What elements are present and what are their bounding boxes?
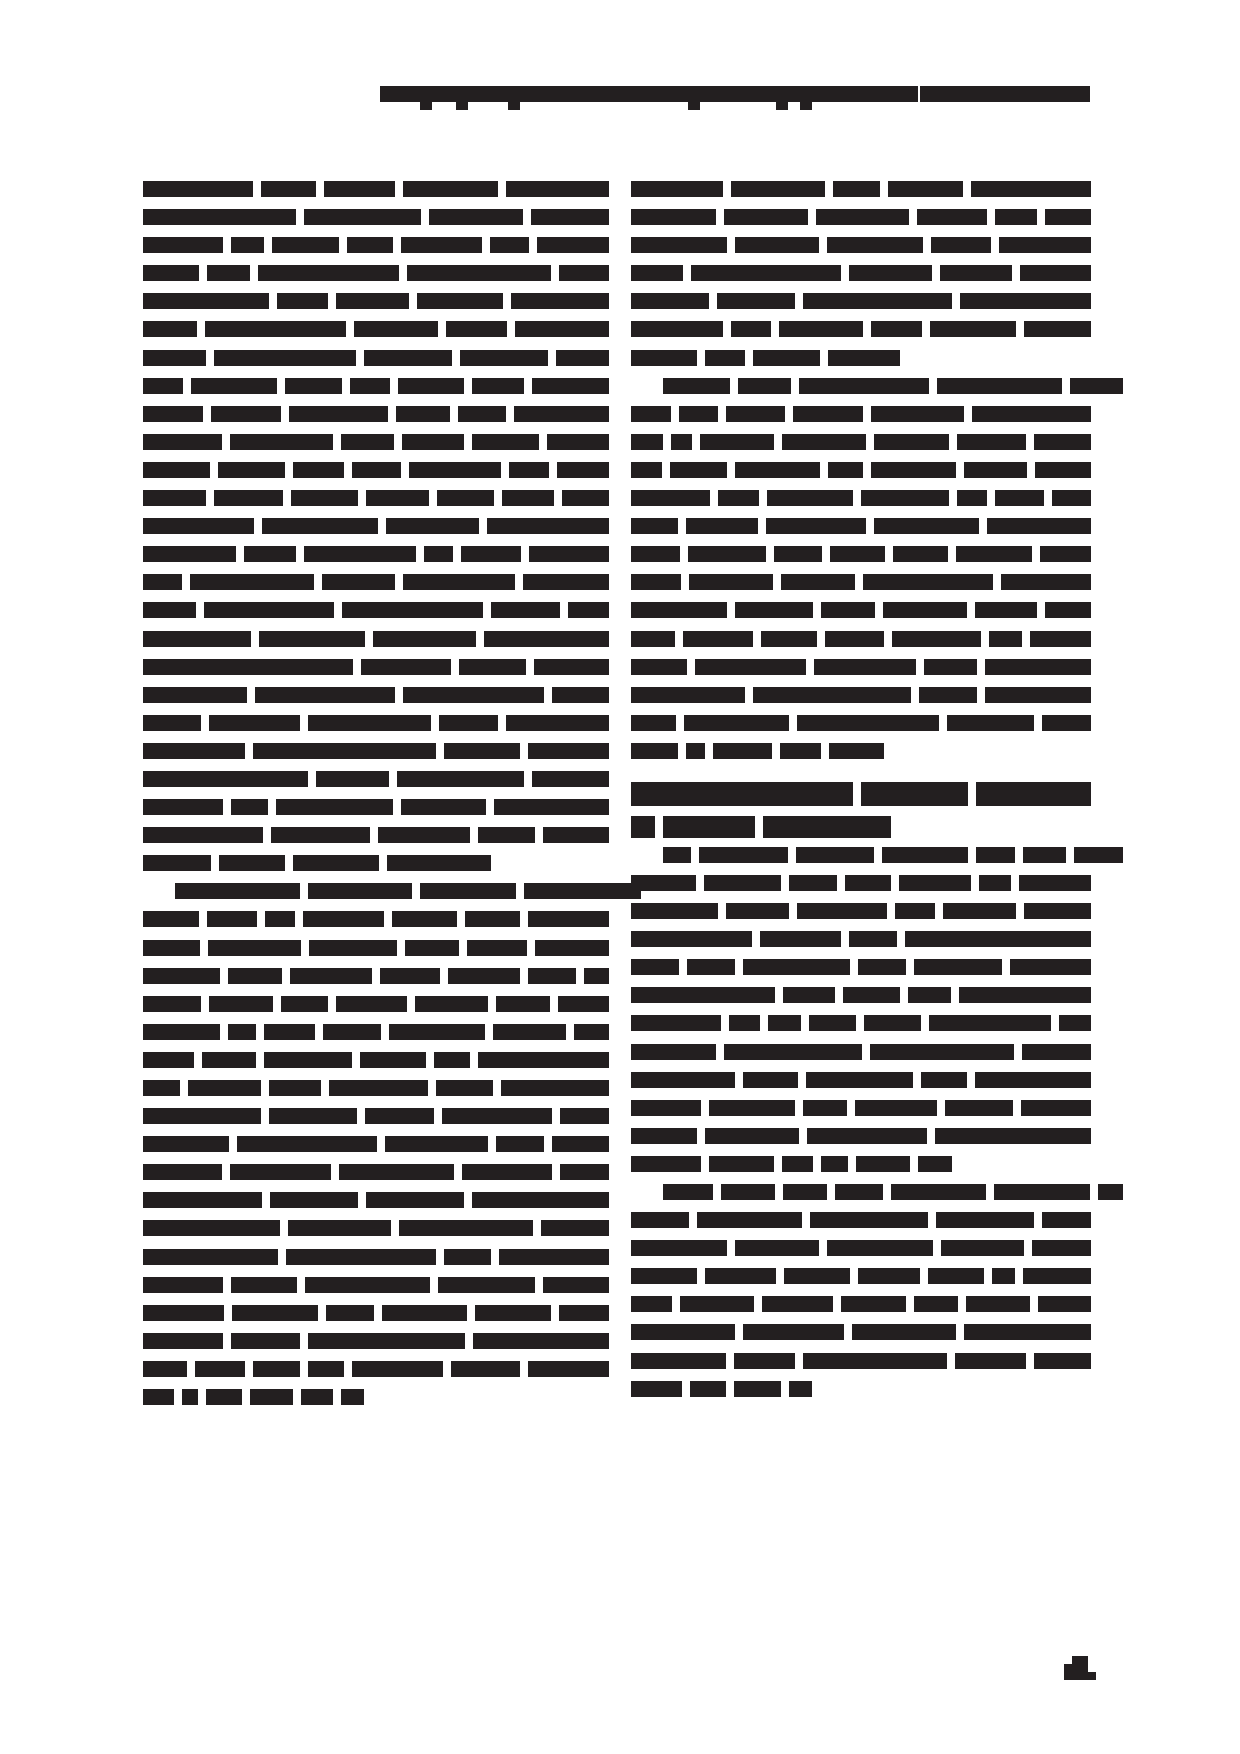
text-line bbox=[143, 1358, 609, 1380]
text-line bbox=[631, 290, 1091, 312]
text-line bbox=[143, 1189, 609, 1211]
text-line bbox=[631, 403, 1091, 425]
text-line bbox=[143, 1217, 609, 1239]
document-page: [obscured running header] [obscured para… bbox=[0, 0, 1240, 1754]
text-line bbox=[631, 712, 1091, 734]
text-line bbox=[143, 599, 609, 621]
text-line bbox=[631, 900, 1091, 922]
text-line bbox=[143, 1330, 609, 1352]
text-line bbox=[143, 1386, 364, 1408]
text-line bbox=[143, 1161, 609, 1183]
text-line bbox=[631, 1350, 1091, 1372]
text-line bbox=[631, 956, 1091, 978]
text-line bbox=[631, 599, 1091, 621]
text-line bbox=[631, 928, 1091, 950]
text-line bbox=[631, 262, 1091, 284]
text-line bbox=[143, 178, 609, 200]
text-line bbox=[143, 628, 609, 650]
running-header: [obscured running header] bbox=[380, 86, 1090, 106]
paragraph: [obscured paragraph text] bbox=[631, 1181, 1091, 1400]
text-line bbox=[631, 1293, 1091, 1315]
text-line bbox=[631, 1012, 1091, 1034]
text-line bbox=[631, 984, 1091, 1006]
text-line bbox=[631, 375, 1123, 397]
text-line bbox=[143, 206, 609, 228]
paragraph: [obscured paragraph text] bbox=[143, 880, 609, 1408]
text-line bbox=[631, 844, 1123, 866]
text-line bbox=[631, 1265, 1091, 1287]
text-line bbox=[631, 1097, 1091, 1119]
text-line bbox=[143, 571, 609, 593]
text-line bbox=[631, 571, 1091, 593]
text-line bbox=[143, 347, 609, 369]
text-line bbox=[631, 487, 1091, 509]
text-line bbox=[631, 740, 884, 762]
text-line bbox=[631, 1153, 952, 1175]
text-line bbox=[143, 993, 609, 1015]
text-line bbox=[143, 459, 609, 481]
text-line bbox=[143, 1133, 609, 1155]
text-line bbox=[143, 318, 609, 340]
text-line bbox=[143, 712, 609, 734]
text-line bbox=[143, 262, 609, 284]
left-column: [obscured paragraph text][obscured parag… bbox=[143, 178, 609, 1414]
text-line bbox=[631, 431, 1091, 453]
text-line bbox=[631, 1181, 1123, 1203]
text-line bbox=[631, 1321, 1091, 1343]
text-line bbox=[631, 459, 1091, 481]
text-line bbox=[143, 487, 609, 509]
text-line bbox=[631, 1209, 1091, 1231]
text-line bbox=[631, 178, 1091, 200]
text-line bbox=[143, 908, 609, 930]
text-line bbox=[631, 1041, 1091, 1063]
text-line bbox=[631, 1125, 1091, 1147]
text-line bbox=[143, 403, 609, 425]
text-line bbox=[631, 1378, 812, 1400]
text-line bbox=[631, 1069, 1091, 1091]
text-line bbox=[143, 937, 609, 959]
text-line bbox=[631, 656, 1091, 678]
text-line bbox=[631, 318, 1091, 340]
paragraph: [obscured paragraph text] bbox=[631, 844, 1091, 1175]
text-line bbox=[143, 375, 609, 397]
text-line bbox=[631, 872, 1091, 894]
text-line bbox=[143, 1077, 609, 1099]
section-heading: [obscured section heading] bbox=[631, 782, 1091, 804]
text-line bbox=[143, 290, 609, 312]
text-line bbox=[631, 234, 1091, 256]
text-line bbox=[143, 684, 609, 706]
text-line bbox=[143, 1049, 609, 1071]
paragraph: [obscured paragraph text] bbox=[143, 178, 609, 874]
text-line bbox=[143, 768, 609, 790]
text-line bbox=[143, 740, 609, 762]
text-line bbox=[631, 347, 900, 369]
text-line bbox=[143, 880, 641, 902]
text-line bbox=[143, 824, 609, 846]
text-line bbox=[143, 965, 609, 987]
text-line bbox=[143, 543, 609, 565]
text-line bbox=[631, 543, 1091, 565]
text-line bbox=[631, 206, 1091, 228]
text-line bbox=[143, 852, 491, 874]
text-line bbox=[631, 1237, 1091, 1259]
page-number: [obscured] bbox=[1064, 1656, 1096, 1680]
right-column: [obscured paragraph text][obscured parag… bbox=[631, 178, 1091, 1406]
subsection-heading: [obscured subsection heading] bbox=[631, 816, 1091, 838]
text-line bbox=[143, 234, 609, 256]
paragraph: [obscured paragraph text] bbox=[631, 375, 1091, 762]
text-line bbox=[143, 431, 609, 453]
text-line bbox=[143, 796, 609, 818]
text-line bbox=[143, 1246, 609, 1268]
text-line bbox=[631, 515, 1091, 537]
text-line bbox=[631, 684, 1091, 706]
text-line bbox=[143, 1105, 609, 1127]
text-line bbox=[143, 515, 609, 537]
paragraph: [obscured paragraph text] bbox=[631, 178, 1091, 369]
text-line bbox=[143, 1021, 609, 1043]
text-line bbox=[631, 628, 1091, 650]
text-line bbox=[143, 1274, 609, 1296]
text-line bbox=[143, 656, 609, 678]
text-line bbox=[143, 1302, 609, 1324]
